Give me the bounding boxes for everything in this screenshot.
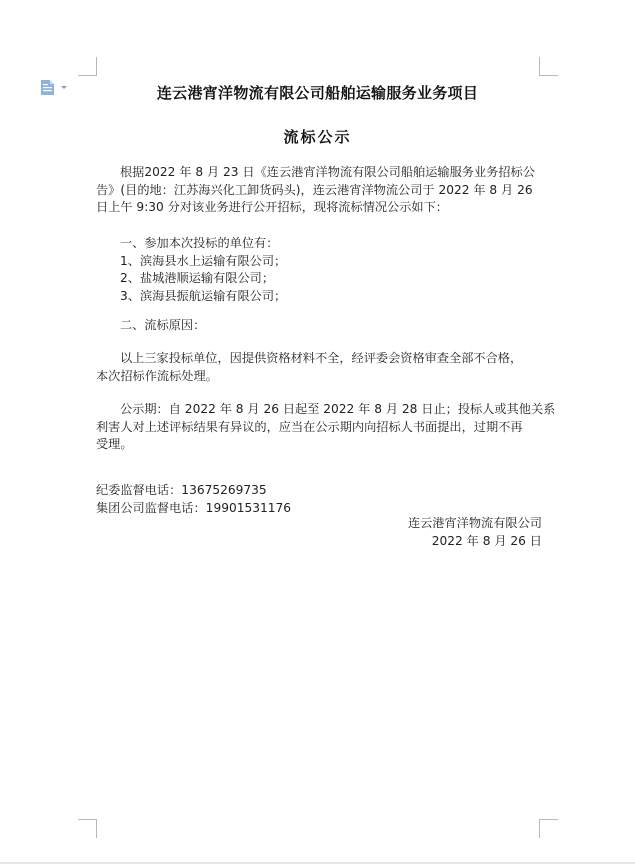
corner-mark-bottom-right [539, 819, 558, 838]
text-line: 本次招标作流标处理。 [96, 368, 542, 386]
corner-mark-top-left [78, 57, 97, 76]
signature-company: 连云港宵洋物流有限公司 [96, 515, 542, 533]
section-heading: 二、流标原因： [96, 317, 542, 335]
document-subtitle: 流标公示 [0, 126, 635, 147]
text-line: 受理。 [96, 436, 542, 454]
bidder-item: 1、滨海县水上运输有限公司； [96, 253, 542, 271]
text-line: 以上三家投标单位，因提供资格材料不全，经评委会资格审查全部不合格， [96, 350, 542, 368]
text-line: 告》(目的地：江苏海兴化工卸货码头)，连云港宵洋物流公司于 2022 年 8 月… [96, 182, 542, 200]
bidders-section: 一、参加本次投标的单位有： 1、滨海县水上运输有限公司； 2、盐城港顺运输有限公… [96, 235, 542, 305]
text-line: 公示期：自 2022 年 8 月 26 日起至 2022 年 8 月 28 日止… [96, 401, 542, 419]
document-page: 连云港宵洋物流有限公司船舶运输服务业务项目 流标公示 根据2022 年 8 月 … [0, 0, 635, 862]
corner-mark-bottom-left [78, 819, 97, 838]
text-line: 利害人对上述评标结果有异议的，应当在公示期内向招标人书面提出，过期不再 [96, 419, 542, 437]
reason-paragraph: 以上三家投标单位，因提供资格材料不全，经评委会资格审查全部不合格， 本次招标作流… [96, 350, 542, 385]
corner-mark-top-right [539, 57, 558, 76]
bidder-item: 3、滨海县振航运输有限公司； [96, 288, 542, 306]
bidder-item: 2、盐城港顺运输有限公司； [96, 270, 542, 288]
contacts-block: 纪委监督电话：13675269735 集团公司监督电话：19901531176 [96, 482, 542, 517]
section-heading: 一、参加本次投标的单位有： [96, 235, 542, 253]
reason-heading-block: 二、流标原因： [96, 317, 542, 335]
document-title: 连云港宵洋物流有限公司船舶运输服务业务项目 [0, 82, 635, 103]
text-line: 日上午 9:30 分对该业务进行公开招标，现将流标情况公示如下： [96, 199, 542, 217]
signature-block: 连云港宵洋物流有限公司 2022 年 8 月 26 日 [96, 515, 542, 550]
notice-paragraph: 公示期：自 2022 年 8 月 26 日起至 2022 年 8 月 28 日止… [96, 401, 542, 454]
signature-date: 2022 年 8 月 26 日 [96, 533, 542, 551]
discipline-phone: 纪委监督电话：13675269735 [96, 482, 542, 500]
text-line: 根据2022 年 8 月 23 日《连云港宵洋物流有限公司船舶运输服务业务招标公 [96, 164, 542, 182]
intro-paragraph: 根据2022 年 8 月 23 日《连云港宵洋物流有限公司船舶运输服务业务招标公… [96, 164, 542, 217]
